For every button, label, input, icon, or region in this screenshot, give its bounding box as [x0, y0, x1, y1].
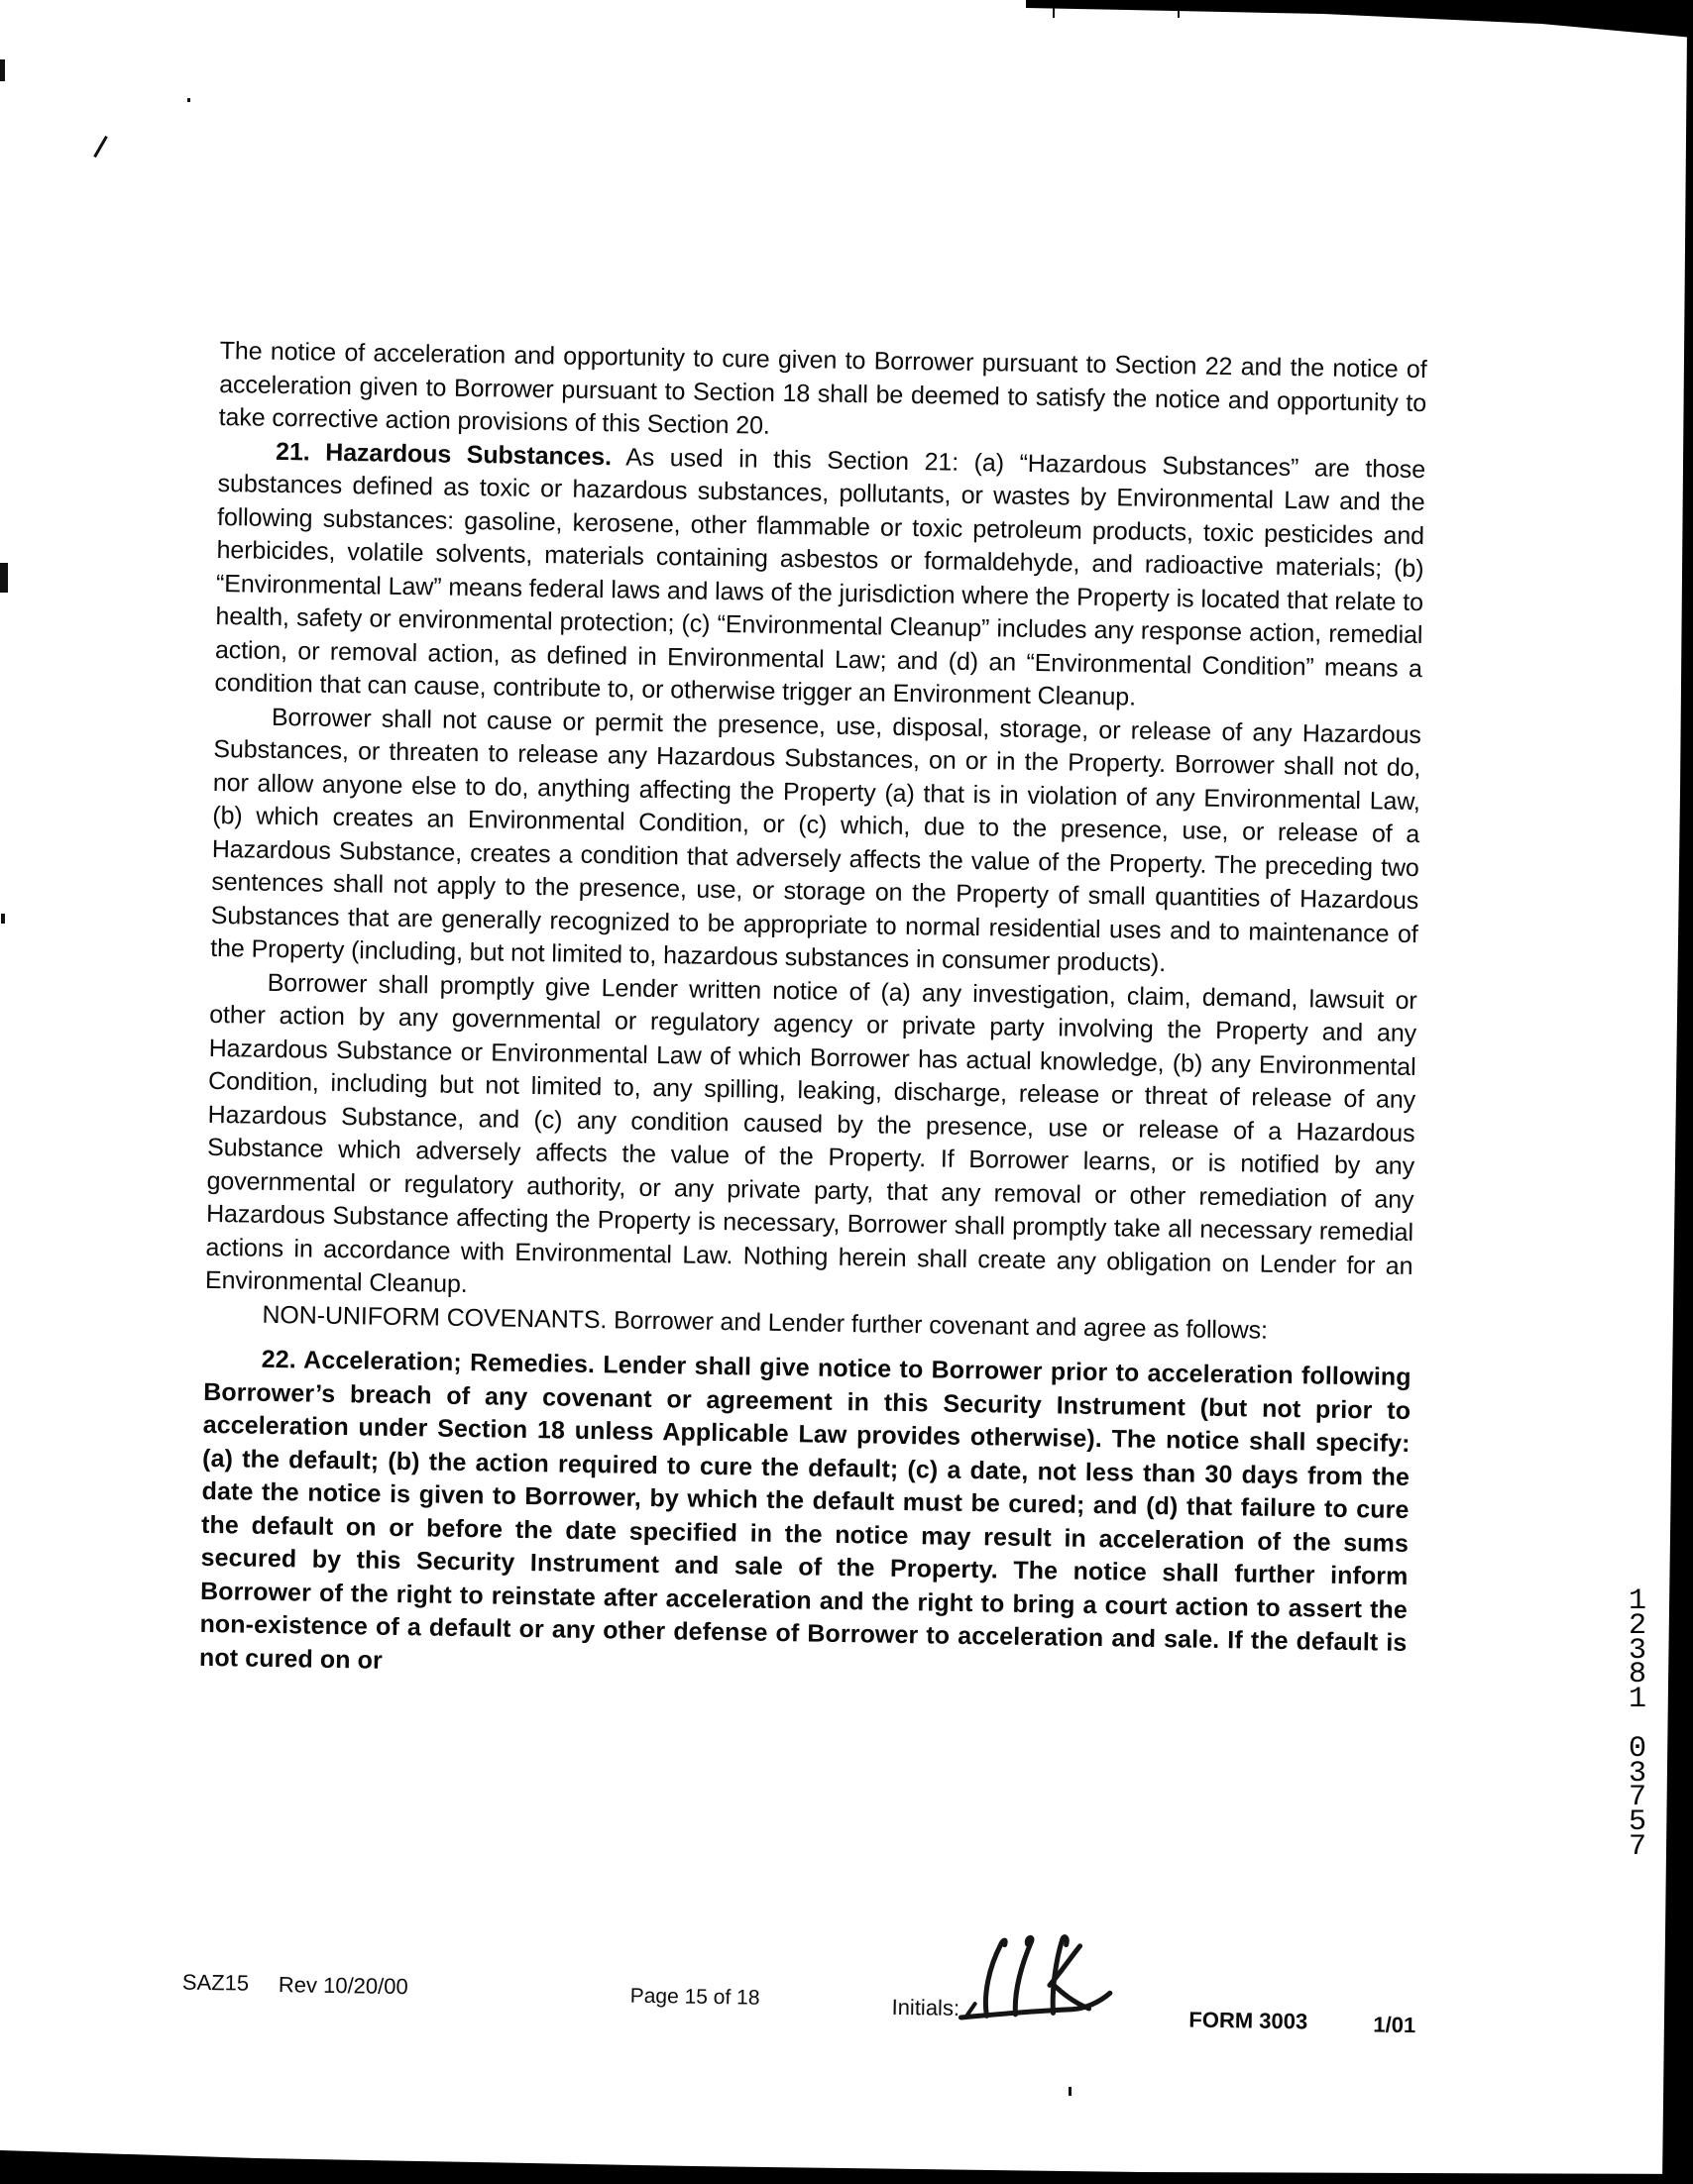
footer-form-number: FORM 3003: [1188, 2008, 1307, 2035]
footer-revision: Rev 10/20/00: [279, 1972, 408, 2000]
document-text-block: The notice of acceleration and opportuni…: [199, 335, 1427, 1693]
scan-speck: [1069, 2087, 1072, 2096]
scan-artifact-right-edge: [1660, 0, 1693, 2184]
footer-initials-label: Initials:: [891, 1995, 959, 2021]
paragraph-section20-continuation: The notice of acceleration and opportuni…: [218, 335, 1426, 454]
footer-page-number: Page 15 of 18: [630, 1985, 760, 2011]
scan-speck: [1053, 8, 1055, 18]
section-21-text: As used in this Section 21: (a) “Hazardo…: [214, 443, 1425, 711]
paragraph-borrower-notice: Borrower shall promptly give Lender writ…: [205, 965, 1417, 1316]
paragraph-section-21: 21. Hazardous Substances. As used in thi…: [214, 434, 1425, 718]
scan-artifact-bottom-edge: [0, 2138, 1693, 2184]
scan-speck: [1, 914, 5, 924]
scan-artifact-top-edge: [1026, 0, 1693, 40]
footer-doc-code: SAZ15: [182, 1970, 250, 1997]
initials-signature: [953, 1930, 1123, 2042]
scan-speck: [1178, 10, 1180, 18]
scan-speck: [0, 563, 8, 593]
bates-stamp: 1 2 3 8 1 0 3 7 5 7: [1620, 1589, 1655, 1860]
page-footer: SAZ15 Rev 10/20/00 Page 15 of 18 Initial…: [180, 1968, 1411, 2106]
scan-speck: [93, 136, 108, 158]
footer-form-version: 1/01: [1373, 2012, 1415, 2038]
section-21-heading: 21. Hazardous Substances.: [276, 437, 612, 470]
scan-speck: [187, 98, 190, 102]
scanned-document-page: { "document": { "body": { "continuation"…: [0, 0, 1693, 2184]
paragraph-borrower-obligations: Borrower shall not cause or permit the p…: [210, 700, 1421, 984]
scan-speck: [0, 59, 5, 81]
paragraph-section-22: 22. Acceleration; Remedies. Lender shall…: [199, 1343, 1411, 1693]
